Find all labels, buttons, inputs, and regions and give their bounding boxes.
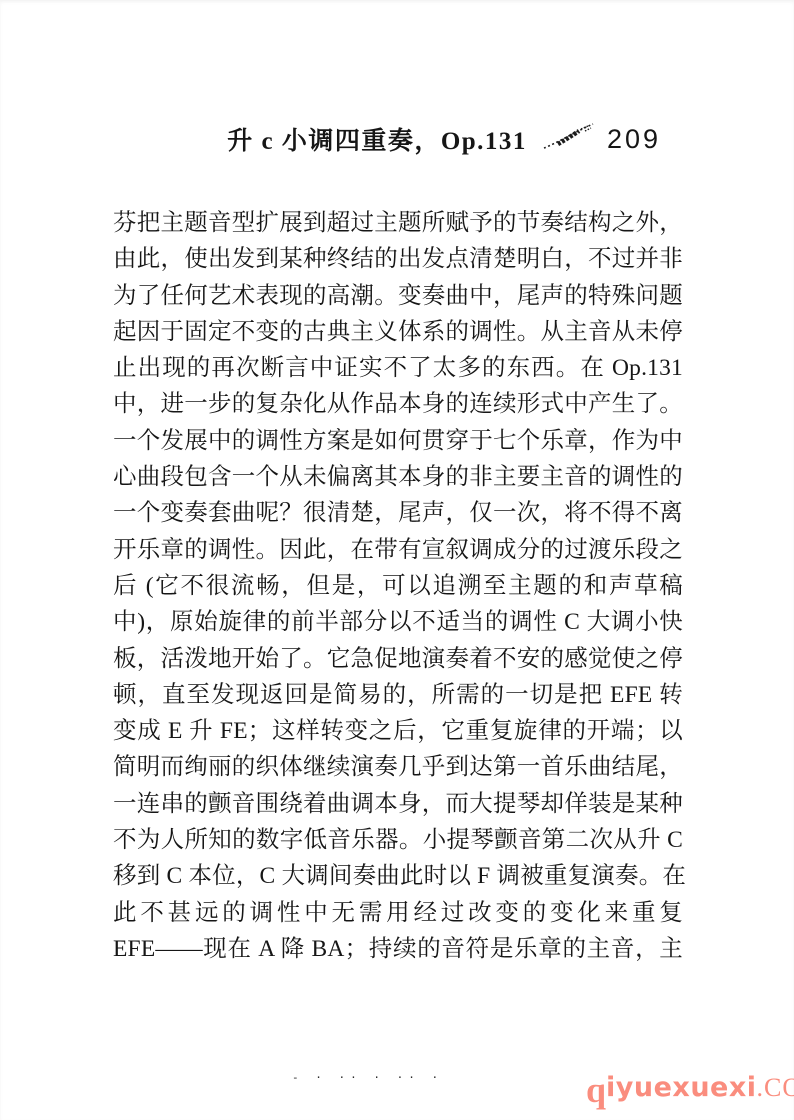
scan-artifact-dots: - · ·· · ·· · [292,1071,443,1084]
watermark-mid: iyuexuexi [606,1072,757,1103]
text-line: 中，进一步的复杂化从作品本身的连续形式中产生了。 [113,386,683,422]
text-line: 后 (它不很流畅，但是，可以追溯至主题的和声草稿 [113,568,683,604]
text-line: 心曲段包含一个从未偏离其本身的非主要主音的调性的 [113,459,683,495]
text-line: 为了任何艺术表现的高潮。变奏曲中，尾声的特殊问题 [113,278,683,314]
text-line: 一连串的颤音围绕着曲调本身，而大提琴却佯装是某种 [113,786,683,822]
text-line: 止出现的再次断言中证实不了太多的东西。在 Op.131 [113,350,683,386]
site-watermark: qiyuexuexi.COM [586,1072,794,1108]
page-number: 209 [607,124,661,155]
chapter-title: 升 c 小调四重奏，Op.131 [227,121,527,157]
body-paragraph: 芬把主题音型扩展到超过主题所赋予的节奏结构之外， 由此，使出发到某种终结的出发点… [113,205,683,967]
text-line: 起因于固定不变的古典主义体系的调性。从主音从未停 [113,314,683,350]
text-line: 由此，使出发到某种终结的出发点清楚明白，不过并非 [113,241,683,277]
text-line: 变成 E 升 FE；这样转变之后，它重复旋律的开端；以 [113,713,683,749]
text-line: 不为人所知的数字低音乐器。小提琴颤音第二次从升 C [113,822,683,858]
text-line: 一个变奏套曲呢？很清楚，尾声，仅一次，将不得不离 [113,495,683,531]
text-line: 顿，直至发现返回是简易的，所需的一切是把 EFE 转 [113,677,683,713]
flourish-icon [541,120,597,152]
scanned-book-page: 升 c 小调四重奏，Op.131 209 芬把主题音型扩展到超过主题所赋予的节奏… [0,0,794,1120]
text-line: 板，活泼地开始了。它急促地演奏着不安的感觉使之停 [113,641,683,677]
text-line: 一个发展中的调性方案是如何贯穿于七个乐章，作为中 [113,423,683,459]
text-line: 简明而绚丽的织体继续演奏几乎到达第一首乐曲结尾， [113,749,683,785]
text-line: 中)，原始旋律的前半部分以不适当的调性 C 大调小快 [113,604,683,640]
watermark-suffix: .COM [757,1073,794,1102]
text-line: 开乐章的调性。因此，在带有宣叙调成分的过渡乐段之 [113,532,683,568]
running-head: 升 c 小调四重奏，Op.131 209 [113,118,683,160]
text-line: 此不甚远的调性中无需用经过改变的变化来重复 [113,895,683,931]
text-line: 芬把主题音型扩展到超过主题所赋予的节奏结构之外， [113,205,683,241]
watermark-lead: q [586,1070,606,1110]
text-line: 移到 C 本位，C 大调间奏曲此时以 F 调被重复演奏。在 [113,858,683,894]
text-line: EFE——现在 A 降 BA；持续的音符是乐章的主音，主 [113,931,683,967]
